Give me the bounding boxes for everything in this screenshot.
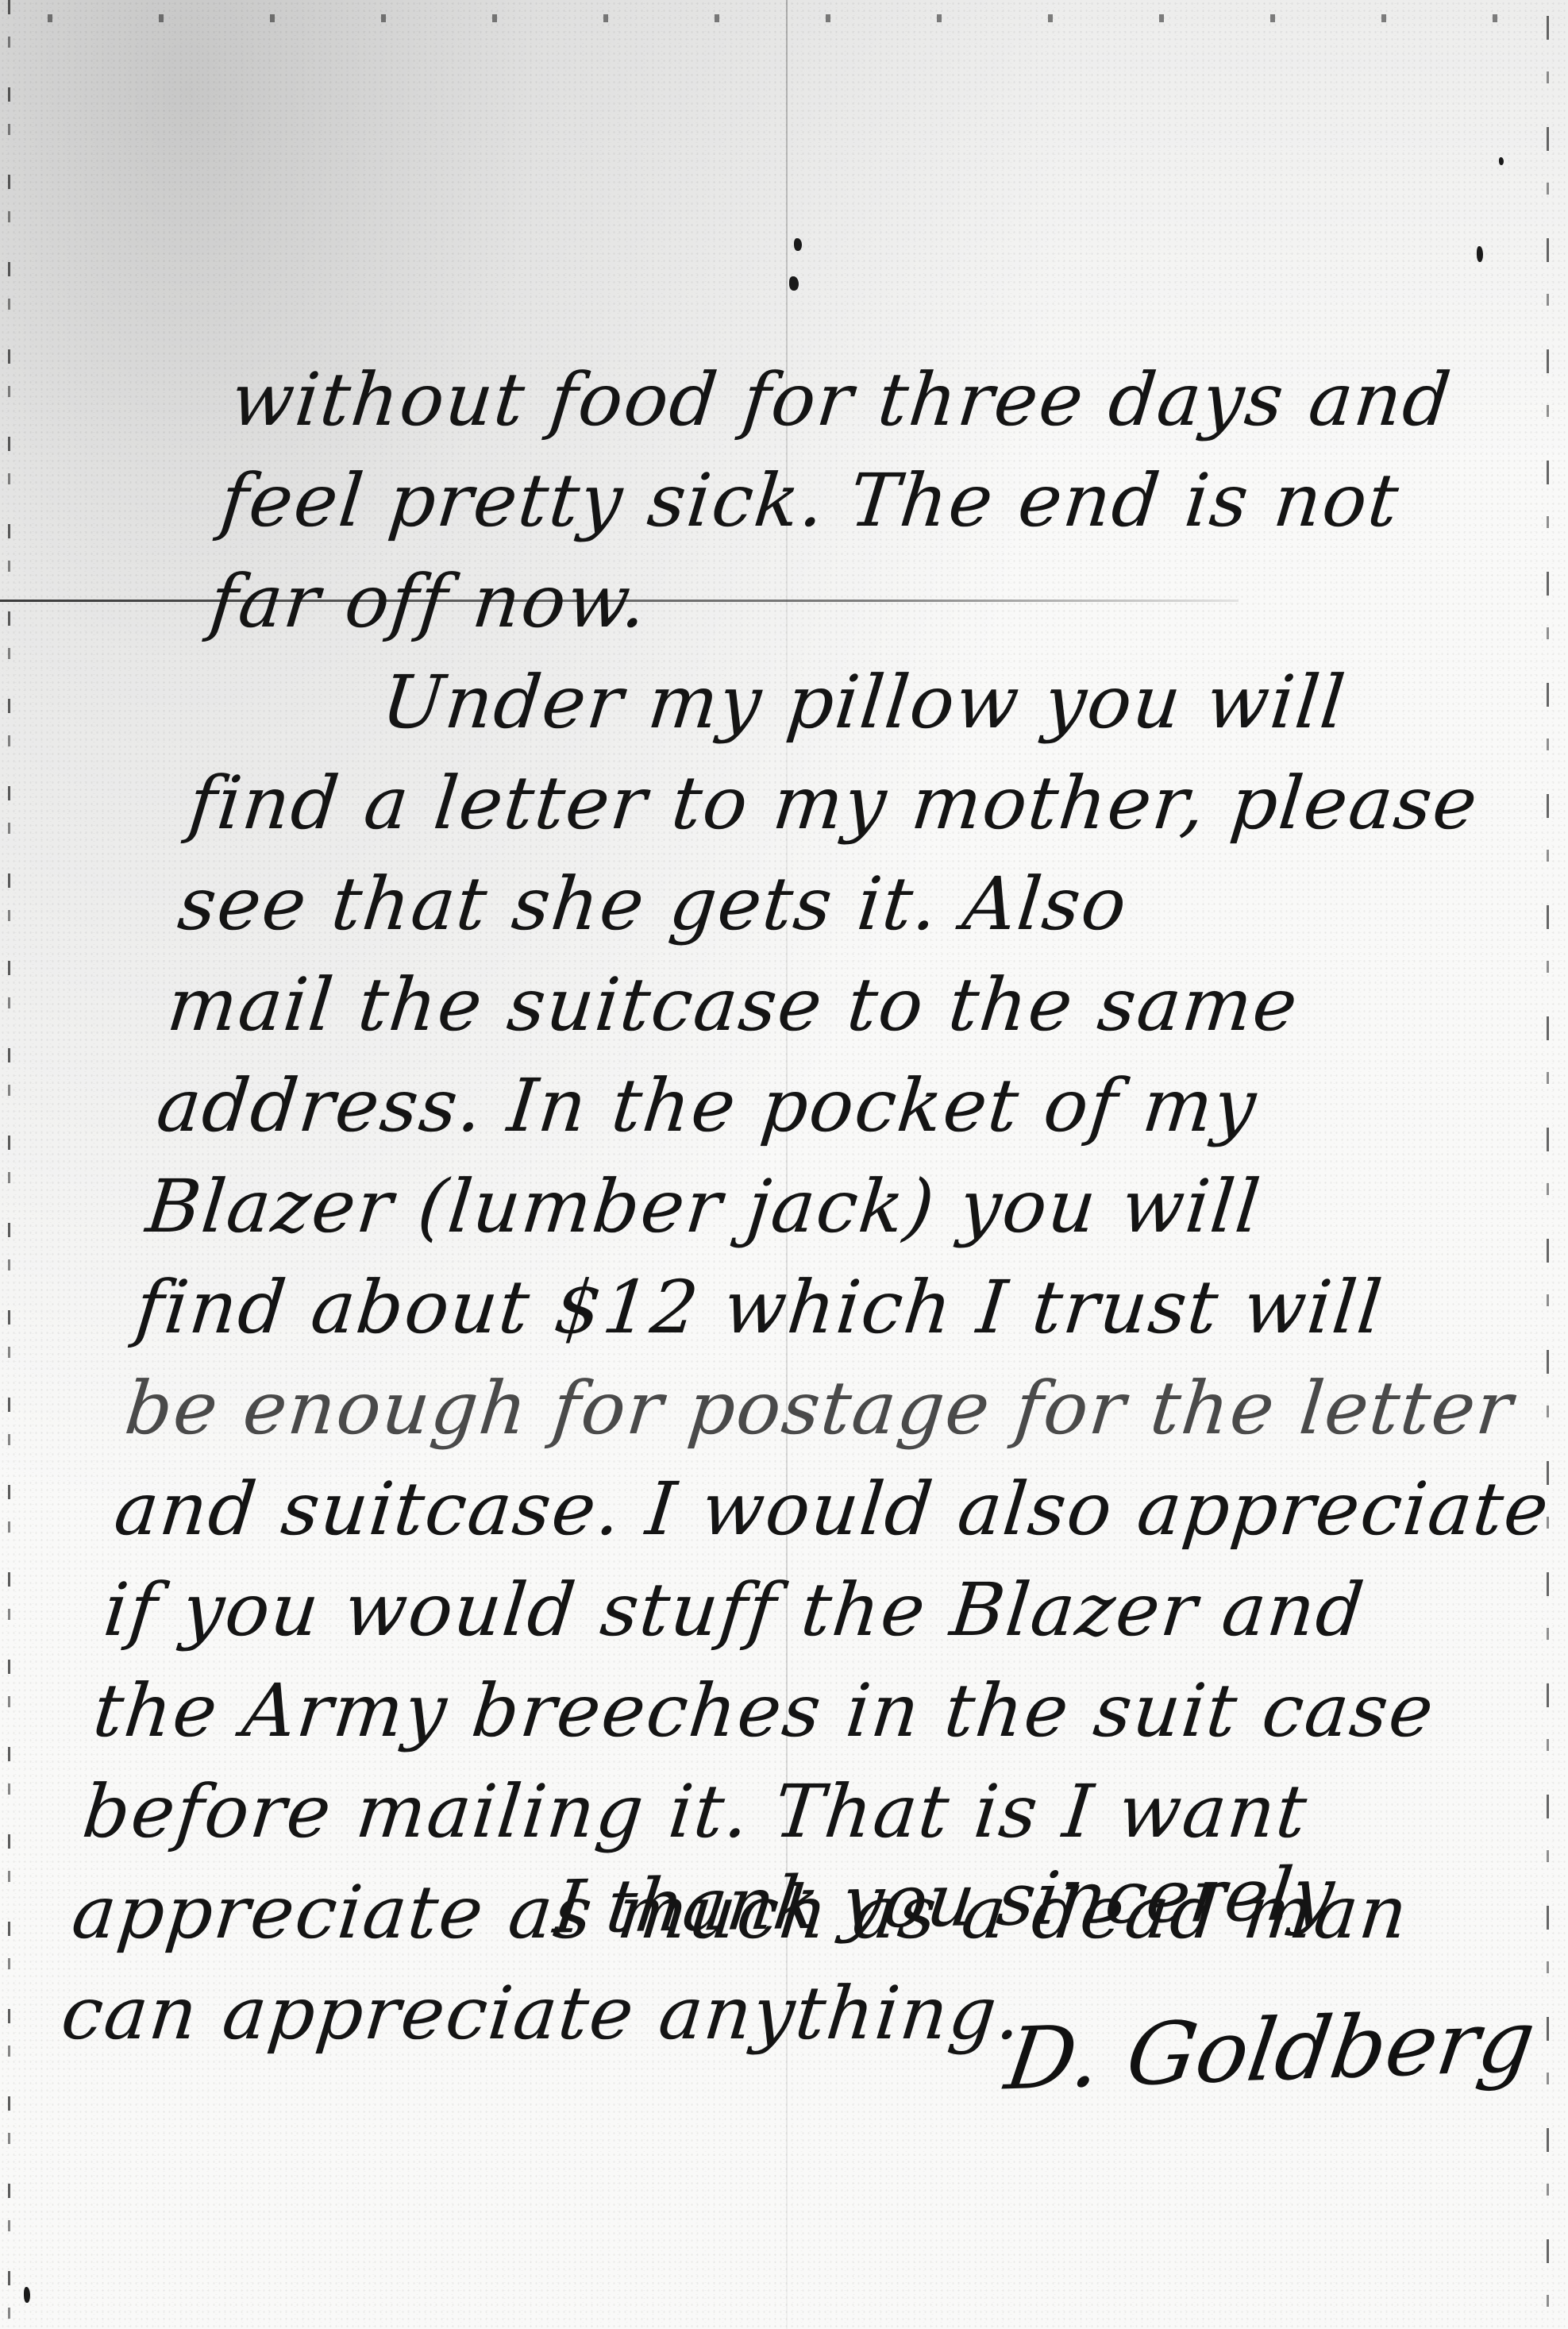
- letter-line: far off now.: [205, 551, 1565, 652]
- left-page-edge: [8, 0, 10, 2329]
- ink-speck: [1477, 246, 1483, 262]
- letter-body: without food for three days and feel pre…: [57, 349, 1568, 2064]
- letter-line: if you would stuff the Blazer and: [99, 1560, 1459, 1660]
- letter-closing: I thank you sincerely: [549, 1851, 1339, 1949]
- ink-speck: [24, 2287, 30, 2303]
- letter-line: Blazer (lumber jack) you will: [141, 1156, 1501, 1257]
- letter-line: see that she gets it. Also: [173, 854, 1533, 954]
- letter-line: find a letter to my mother, please: [184, 753, 1544, 854]
- ink-speck: [789, 276, 799, 291]
- letter-line: Under my pillow you will: [195, 652, 1555, 753]
- letter-line: mail the suitcase to the same: [163, 954, 1523, 1055]
- scanned-letter-page: without food for three days and feel pre…: [0, 0, 1568, 2329]
- letter-line: find about $12 which I trust will: [131, 1257, 1491, 1358]
- letter-line: be enough for postage for the letter: [121, 1358, 1481, 1459]
- letter-line: without food for three days and: [226, 349, 1568, 450]
- letter-line: address. In the pocket of my: [152, 1055, 1512, 1156]
- letter-line: and suitcase. I would also appreciate: [110, 1459, 1470, 1560]
- letter-line: feel pretty sick. The end is not: [216, 450, 1568, 551]
- ink-speck: [1499, 157, 1504, 165]
- ink-speck: [794, 238, 802, 251]
- letter-line: the Army breeches in the suit case: [89, 1660, 1449, 1761]
- signature: D. Goldberg: [1000, 1992, 1541, 2110]
- top-edge-smudge: [0, 14, 1568, 22]
- letter-line: before mailing it. That is I want: [78, 1761, 1438, 1862]
